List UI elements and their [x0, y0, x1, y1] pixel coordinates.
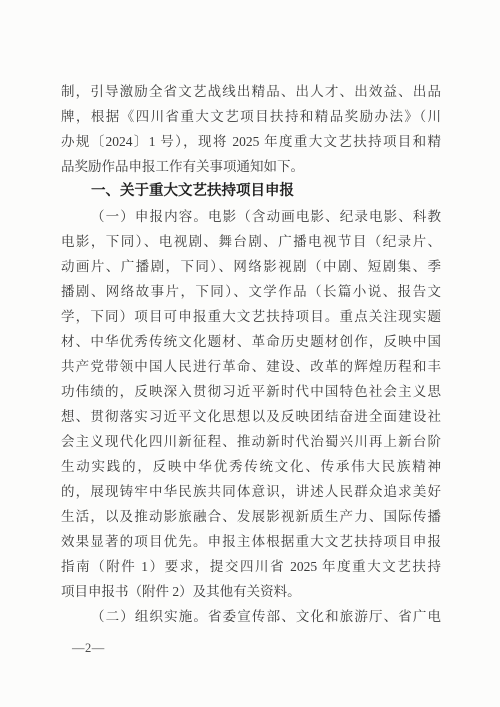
- document-line: 品奖励作品申报工作有关事项通知如下。: [61, 154, 441, 179]
- document-line: 材、中华优秀传统文化题材、革命历史题材创作，反映中国: [61, 329, 441, 354]
- document-line: 动画片、广播剧，下同）、网络影视剧（中剧、短剧集、季: [61, 254, 441, 279]
- section-heading: 一、关于重大文艺扶持项目申报: [61, 179, 441, 204]
- document-page: 制，引导激励全省文艺战线出精品、出人才、出效益、出品 牌，根据《四川省重大文艺项…: [0, 0, 500, 707]
- document-line: 会主义现代化四川新征程、推动新时代治蜀兴川再上新台阶: [61, 429, 441, 454]
- document-line: 功伟绩的，反映深入贯彻习近平新时代中国特色社会主义思: [61, 379, 441, 404]
- document-line: 项目申报书（附件 2）及其他有关资料。: [61, 579, 441, 604]
- document-line: 生活，以及推动影旅融合、发展影视新质生产力、国际传播: [61, 504, 441, 529]
- document-line: 效果显著的项目优先。申报主体根据重大文艺扶持项目申报: [61, 529, 441, 554]
- document-line: 学，下同）项目可申报重大文艺扶持项目。重点关注现实题: [61, 304, 441, 329]
- page-number: —2—: [72, 641, 105, 655]
- document-line: 想、贯彻落实习近平文化思想以及反映团结奋进全面建设社: [61, 404, 441, 429]
- document-line: 生动实践的，反映中华优秀传统文化、传承伟大民族精神: [61, 454, 441, 479]
- document-line: 的，展现铸牢中华民族共同体意识，讲述人民群众追求美好: [61, 479, 441, 504]
- document-line: 制，引导激励全省文艺战线出精品、出人才、出效益、出品: [61, 79, 441, 104]
- document-line: 办规〔2024〕1 号），现将 2025 年度重大文艺扶持项目和精: [61, 129, 441, 154]
- document-line: 指南（附件 1）要求，提交四川省 2025 年度重大文艺扶持: [61, 554, 441, 579]
- document-line: 共产党带领中国人民进行革命、建设、改革的辉煌历程和丰: [61, 354, 441, 379]
- document-line: （一）申报内容。电影（含动画电影、纪录电影、科教: [61, 204, 441, 229]
- document-line: 电影，下同）、电视剧、舞台剧、广播电视节目（纪录片、: [61, 229, 441, 254]
- document-line: 牌，根据《四川省重大文艺项目扶持和精品奖励办法》（川: [61, 104, 441, 129]
- document-line: 播剧、网络故事片，下同）、文学作品（长篇小说、报告文: [61, 279, 441, 304]
- document-text-block: 制，引导激励全省文艺战线出精品、出人才、出效益、出品 牌，根据《四川省重大文艺项…: [61, 79, 441, 629]
- document-line: （二）组织实施。省委宣传部、文化和旅游厅、省广电: [61, 604, 441, 629]
